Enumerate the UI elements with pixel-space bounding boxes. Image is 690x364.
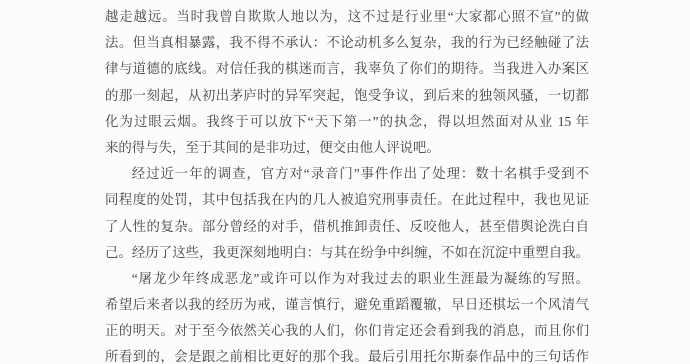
text-line: 正的明天。对于至今依然关心我的人们，你们肯定还会看到我的消息，而且你们 [105,318,589,344]
text-line: “屠龙少年终成恶龙”或许可以作为对我过去的职业生涯最为凝练的写照。 [105,266,589,292]
document-page: 越走越远。当时我曾自欺欺人地以为，这不过是行业里“大家都心照不宣”的做 法。但当… [105,4,589,364]
text-line: 了人性的复杂。部分曾经的对手，借机推卸责任、反咬他人，甚至借舆论洗白自 [105,214,589,240]
text-line: 律与道德的底线。对信任我的棋迷而言，我辜负了你们的期待。当我进入办案区 [105,56,589,82]
paragraph-3: “屠龙少年终成恶龙”或许可以作为对我过去的职业生涯最为凝练的写照。 希望后来者以… [105,266,589,364]
text-line: 法。但当真相暴露，我不得不承认：不论动机多么复杂，我的行为已经触碰了法 [105,30,589,56]
text-line: 己。经历了这些，我更深刻地明白：与其在纷争中纠缠，不如在沉淀中重塑自我。 [105,240,589,266]
text-line: 越走越远。当时我曾自欺欺人地以为，这不过是行业里“大家都心照不宣”的做 [105,4,589,30]
text-line: 希望后来者以我的经历为戒，谨言慎行，避免重蹈覆辙，早日还棋坛一个风清气 [105,292,589,318]
screenshot-root: { "page": { "background": "#fcfcfc", "te… [0,0,690,364]
text-line: 的那一刻起，从初出茅庐时的异军突起，饱受争议，到后来的独领风骚，一切都 [105,83,589,109]
text-line: 来的得与失，至于其间的是非功过，便交由他人评说吧。 [105,135,589,161]
text-line: 经过近一年的调查，官方对“录音门”事件作出了处理：数十名棋手受到不 [105,161,589,187]
paragraph-2: 经过近一年的调查，官方对“录音门”事件作出了处理：数十名棋手受到不 同程度的处罚… [105,161,589,266]
text-line: 化为过眼云烟。我终于可以放下“天下第一”的执念，得以坦然面对从业 15 年 [105,109,589,135]
text-line: 同程度的处罚，其中包括我在内的几人被追究刑事责任。在此过程中，我也见证 [105,187,589,213]
text-line: 所看到的，会是跟之前相比更好的那个我。最后引用托尔斯泰作品中的三句话作 [105,344,589,364]
paragraph-1: 越走越远。当时我曾自欺欺人地以为，这不过是行业里“大家都心照不宣”的做 法。但当… [105,4,589,161]
